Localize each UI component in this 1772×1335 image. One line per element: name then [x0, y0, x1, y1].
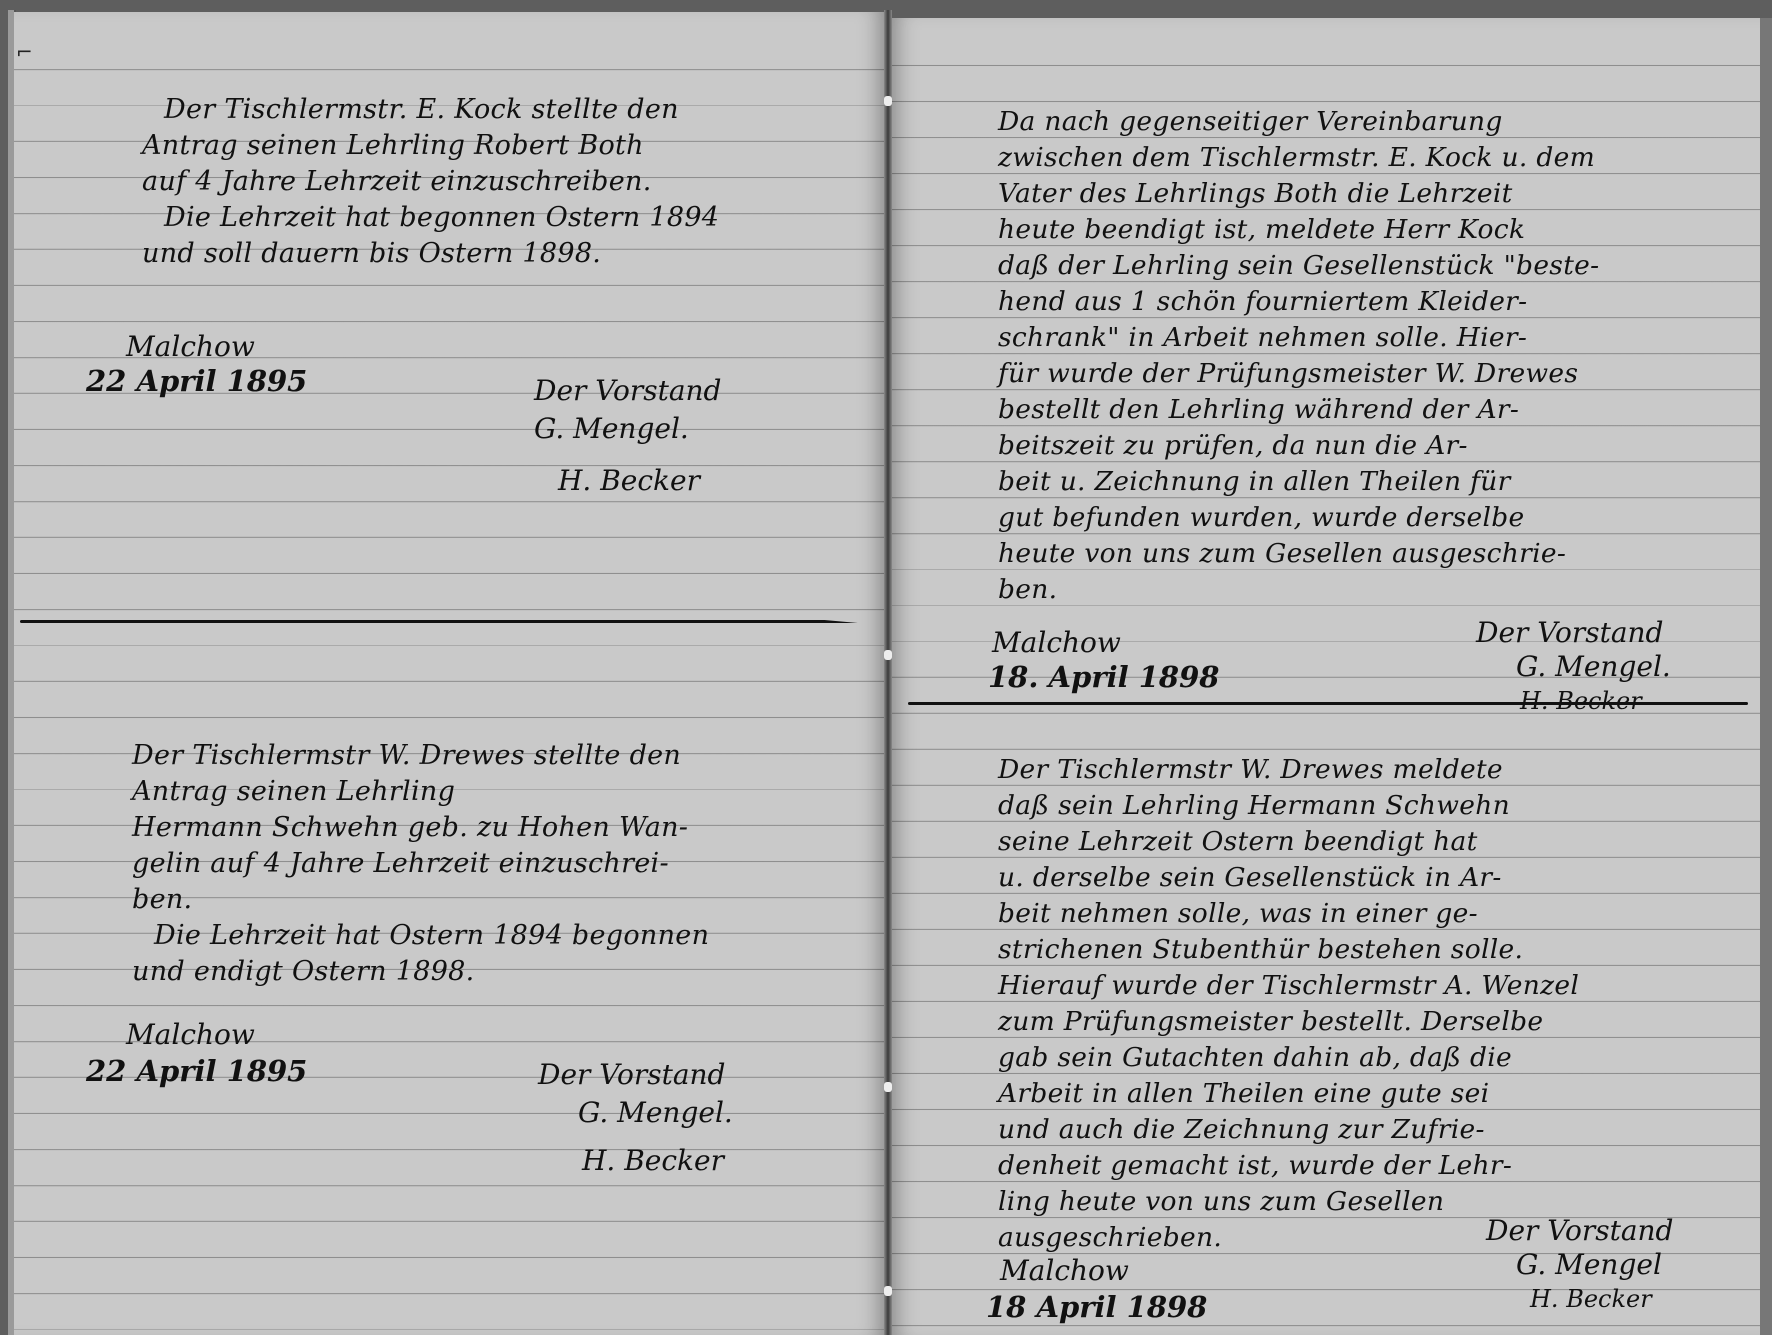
entry-line: beit u. Zeichnung in allen Theilen für: [998, 464, 1599, 500]
signature-name: H. Becker: [1476, 684, 1671, 718]
binding-stitch: [884, 96, 892, 106]
entry-line: für wurde der Prüfungsmeister W. Drewes: [998, 356, 1599, 392]
entry-line: Der Tischlermstr W. Drewes stellte den: [132, 738, 709, 774]
place-label: Malchow: [992, 626, 1121, 659]
board-signature-block: Der Vorstand G. Mengel H. Becker: [1486, 1214, 1673, 1316]
entry-line: auf 4 Jahre Lehrzeit einzuschreiben.: [142, 164, 719, 200]
signature-heading: Der Vorstand: [1486, 1214, 1673, 1248]
entry-line: Da nach gegenseitiger Vereinbarung: [998, 104, 1599, 140]
entry-line: heute von uns zum Gesellen ausgeschrie-: [998, 536, 1599, 572]
entry-robert-both-registration: Der Tischlermstr. E. Kock stellte den An…: [142, 92, 719, 272]
entry-line: schrank" in Arbeit nehmen solle. Hier-: [998, 320, 1599, 356]
entry-line: Vater des Lehrlings Both die Lehrzeit: [998, 176, 1599, 212]
entry-line: Antrag seinen Lehrling Robert Both: [142, 128, 719, 164]
entry-separator-rule: [908, 702, 1748, 705]
entry-line: Die Lehrzeit hat Ostern 1894 begonnen: [132, 918, 709, 954]
entry-line: daß sein Lehrling Hermann Schwehn: [998, 788, 1579, 824]
entry-date: 22 April 1895: [86, 1054, 307, 1088]
place-label: Malchow: [126, 330, 255, 363]
open-ledger-book: ⌐ Der Tischlermstr. E. Kock stellte den …: [0, 0, 1772, 1335]
entry-line: und endigt Ostern 1898.: [132, 954, 709, 990]
right-page-edge: [1760, 18, 1772, 1335]
entry-line: zum Prüfungsmeister bestellt. Derselbe: [998, 1004, 1579, 1040]
signature-name: G. Mengel.: [1476, 650, 1671, 684]
signature-name: G. Mengel: [1486, 1248, 1673, 1282]
book-gutter: [884, 10, 892, 1335]
entry-date: 18 April 1898: [986, 1290, 1207, 1324]
entry-line: Arbeit in allen Theilen eine gute sei: [998, 1076, 1579, 1112]
entry-line: gelin auf 4 Jahre Lehrzeit einzuschrei-: [132, 846, 709, 882]
entry-line: denheit gemacht ist, wurde der Lehr-: [998, 1148, 1579, 1184]
entry-line: gut befunden wurden, wurde derselbe: [998, 500, 1599, 536]
entry-line: Antrag seinen Lehrling: [132, 774, 709, 810]
place-label: Malchow: [126, 1018, 255, 1051]
entry-line: hend aus 1 schön fourniertem Kleider-: [998, 284, 1599, 320]
entry-line: gab sein Gutachten dahin ab, daß die: [998, 1040, 1579, 1076]
signature-name: H. Becker: [538, 1142, 733, 1180]
entry-line: Die Lehrzeit hat begonnen Ostern 1894: [142, 200, 719, 236]
entry-line: ben.: [998, 572, 1599, 608]
signature-name: G. Mengel.: [534, 410, 721, 448]
entry-line: Der Tischlermstr. E. Kock stellte den: [142, 92, 719, 128]
binding-stitch: [884, 650, 892, 660]
entry-line: heute beendigt ist, meldete Herr Kock: [998, 212, 1599, 248]
signature-name: H. Becker: [1486, 1282, 1673, 1316]
left-page: ⌐ Der Tischlermstr. E. Kock stellte den …: [14, 12, 884, 1335]
margin-mark: ⌐: [16, 40, 33, 64]
entry-separator-rule: [20, 620, 858, 623]
entry-line: u. derselbe sein Gesellenstück in Ar-: [998, 860, 1579, 896]
binding-stitch: [884, 1286, 892, 1296]
entry-line: Hierauf wurde der Tischlermstr A. Wenzel: [998, 968, 1579, 1004]
entry-line: Der Tischlermstr W. Drewes meldete: [998, 752, 1579, 788]
entry-line: ben.: [132, 882, 709, 918]
entry-line: Hermann Schwehn geb. zu Hohen Wan-: [132, 810, 709, 846]
place-label: Malchow: [1000, 1254, 1129, 1287]
signature-heading: Der Vorstand: [1476, 616, 1671, 650]
signature-name: G. Mengel.: [538, 1094, 733, 1132]
entry-line: strichenen Stubenthür bestehen solle.: [998, 932, 1579, 968]
entry-schwehn-journeyman-exam: Der Tischlermstr W. Drewes meldete daß s…: [998, 752, 1579, 1256]
entry-line: bestellt den Lehrling während der Ar-: [998, 392, 1599, 428]
entry-line: daß der Lehrling sein Gesellenstück "bes…: [998, 248, 1599, 284]
signature-heading: Der Vorstand: [538, 1056, 733, 1094]
entry-line: zwischen dem Tischlermstr. E. Kock u. de…: [998, 140, 1599, 176]
board-signature-block: Der Vorstand G. Mengel. H. Becker: [538, 1056, 733, 1180]
entry-hermann-schwehn-registration: Der Tischlermstr W. Drewes stellte den A…: [132, 738, 709, 990]
right-page: Da nach gegenseitiger Vereinbarung zwisc…: [892, 18, 1760, 1335]
entry-date: 18. April 1898: [988, 660, 1219, 694]
entry-line: und soll dauern bis Ostern 1898.: [142, 236, 719, 272]
entry-both-journeyman-exam: Da nach gegenseitiger Vereinbarung zwisc…: [998, 104, 1599, 608]
binding-stitch: [884, 1082, 892, 1092]
entry-line: und auch die Zeichnung zur Zufrie-: [998, 1112, 1579, 1148]
signature-heading: Der Vorstand: [534, 372, 721, 410]
entry-line: beitszeit zu prüfen, da nun die Ar-: [998, 428, 1599, 464]
entry-date: 22 April 1895: [86, 364, 307, 398]
signature-name: H. Becker: [534, 462, 721, 500]
entry-line: seine Lehrzeit Ostern beendigt hat: [998, 824, 1579, 860]
board-signature-block: Der Vorstand G. Mengel. H. Becker: [534, 372, 721, 500]
entry-line: beit nehmen solle, was in einer ge-: [998, 896, 1579, 932]
